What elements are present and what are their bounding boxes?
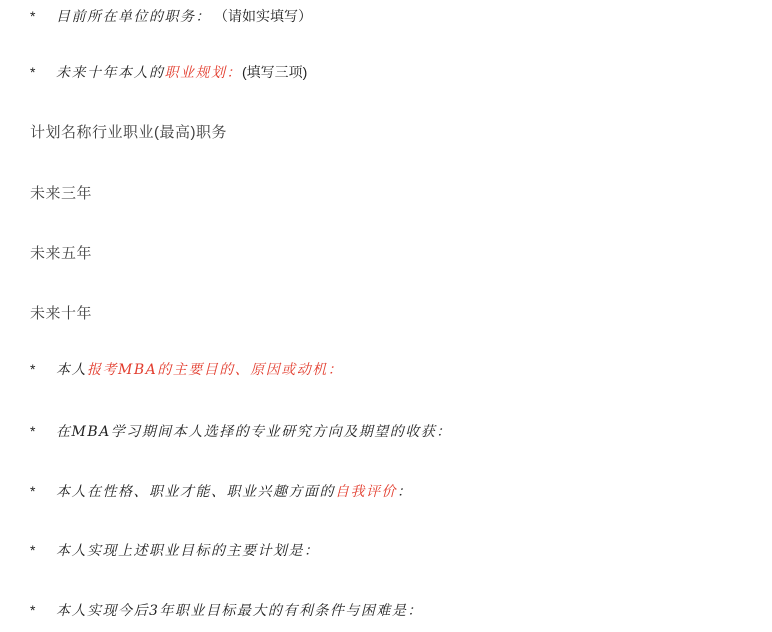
ten-year-plan-prefix: 未来十年本人的 [56, 65, 165, 81]
plan-header-text: 计划名称行业职业(最高)职务 [30, 124, 227, 141]
required-asterisk: * [30, 422, 56, 441]
self-evaluation-suffix: ： [397, 484, 413, 500]
line-self-evaluation: *本人在性格、职业才能、职业兴趣方面的自我评价： [30, 482, 413, 502]
required-asterisk: * [30, 601, 56, 620]
main-plan-text: 本人实现上述职业目标的主要计划是： [56, 543, 320, 559]
required-asterisk: * [30, 63, 56, 82]
label-next-ten-years: 未来十年 [30, 304, 92, 323]
label-next-five-years: 未来五年 [30, 244, 92, 263]
line-ten-year-plan: *未来十年本人的职业规划：(填写三项) [30, 63, 307, 83]
next-five-years-text: 未来五年 [30, 245, 92, 262]
required-asterisk: * [30, 541, 56, 560]
required-asterisk: * [30, 482, 56, 501]
current-position-label: 目前所在单位的职务： [56, 9, 211, 25]
line-main-plan: *本人实现上述职业目标的主要计划是： [30, 541, 320, 561]
line-mba-study: *在MBA学习期间本人选择的专业研究方向及期望的收获： [30, 422, 452, 442]
line-conditions-difficulties: *本人实现今后3年职业目标最大的有利条件与困难是： [30, 601, 423, 621]
required-asterisk: * [30, 7, 56, 26]
label-next-three-years: 未来三年 [30, 184, 92, 203]
document-page: *目前所在单位的职务：（请如实填写） *未来十年本人的职业规划：(填写三项) 计… [0, 0, 772, 632]
mba-motivation-highlight: 报考MBA的主要目的、原因或动机： [87, 362, 343, 378]
conditions-difficulties-text: 本人实现今后3年职业目标最大的有利条件与困难是： [56, 603, 423, 619]
next-three-years-text: 未来三年 [30, 185, 92, 202]
label-plan-header: 计划名称行业职业(最高)职务 [30, 123, 227, 142]
self-evaluation-prefix: 本人在性格、职业才能、职业兴趣方面的 [56, 484, 335, 500]
ten-year-plan-hint: (填写三项) [242, 64, 307, 80]
required-asterisk: * [30, 360, 56, 379]
line-current-position: *目前所在单位的职务：（请如实填写） [30, 7, 312, 27]
line-mba-motivation: *本人报考MBA的主要目的、原因或动机： [30, 360, 343, 380]
mba-motivation-prefix: 本人 [56, 362, 87, 378]
current-position-hint: （请如实填写） [221, 8, 312, 24]
mba-study-text: 在MBA学习期间本人选择的专业研究方向及期望的收获： [56, 424, 452, 440]
self-evaluation-highlight: 自我评价 [335, 484, 397, 500]
ten-year-plan-highlight: 职业规划： [165, 65, 243, 81]
next-ten-years-text: 未来十年 [30, 305, 92, 322]
